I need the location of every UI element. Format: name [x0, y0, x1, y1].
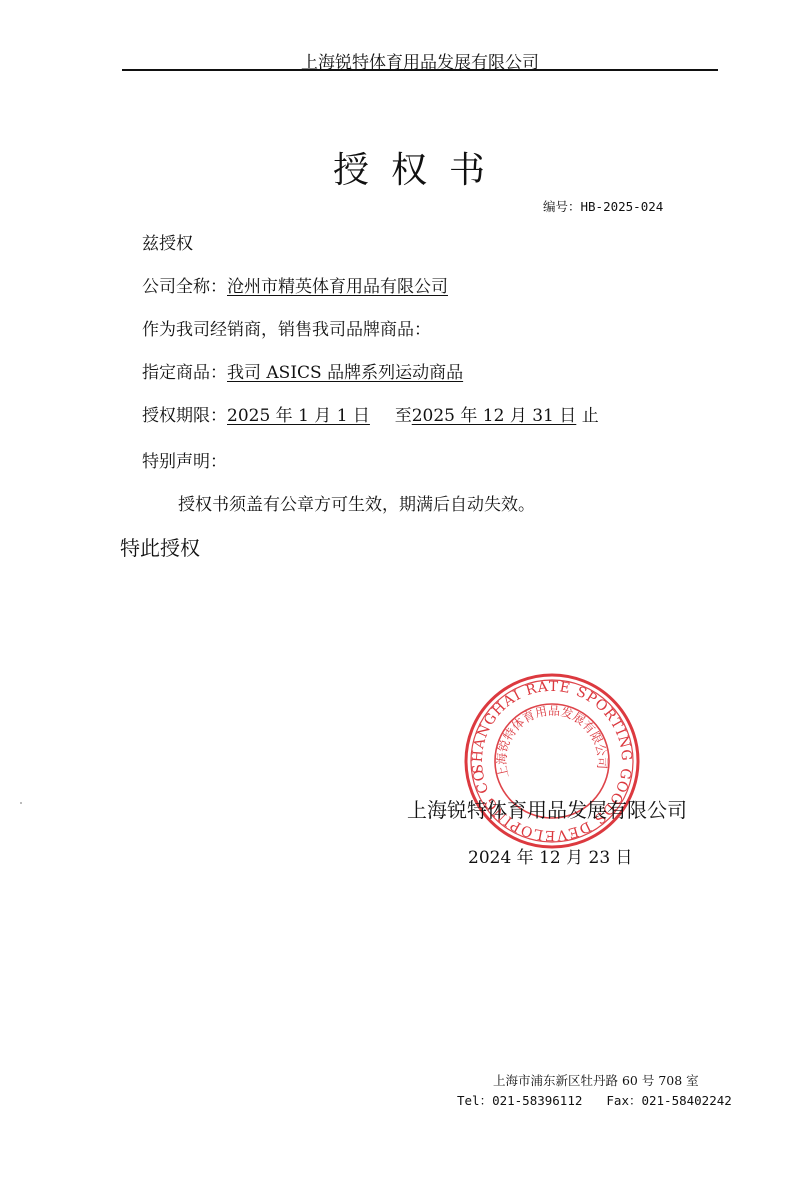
- authorization-period-line: 授权期限：2025 年 1 月 1 日 至2025 年 12 月 31 日 止: [142, 401, 599, 426]
- designated-goods-line: 指定商品：我司 ASICS 品牌系列运动商品: [142, 358, 463, 383]
- period-start-date: 2025 年 1 月 1 日: [227, 406, 370, 426]
- distributor-role-line: 作为我司经销商，销售我司品牌商品：: [142, 315, 431, 340]
- document-number: 编号：HB-2025-024: [543, 197, 663, 215]
- designated-goods-value: 我司 ASICS 品牌系列运动商品: [227, 363, 463, 383]
- special-statement-label: 特别声明：: [142, 447, 227, 472]
- signature-date: 2024 年 12 月 23 日: [468, 843, 633, 868]
- signature-company-name: 上海锐特体育用品发展有限公司: [407, 794, 687, 823]
- goods-label: 指定商品：: [142, 363, 227, 383]
- footer-fax: Fax：021-58402242: [606, 1093, 731, 1108]
- scan-speck: [20, 802, 22, 804]
- company-label: 公司全称：: [142, 277, 227, 297]
- footer-contact: Tel：021-58396112Fax：021-58402242: [457, 1091, 732, 1109]
- special-statement-text: 授权书须盖有公章方可生效，期满后自动失效。: [178, 490, 535, 515]
- footer-address: 上海市浦东新区牡丹路 60 号 708 室: [493, 1071, 699, 1089]
- seal-icon: SHANGHAI RATE SPORTING GOODS DEVELOPING …: [463, 672, 641, 850]
- period-to: 至: [395, 406, 412, 426]
- period-suffix: 止: [582, 406, 599, 426]
- period-end-date: 2025 年 12 月 31 日: [412, 406, 577, 426]
- footer-tel: Tel：021-58396112: [457, 1093, 582, 1108]
- header-divider: [122, 69, 718, 71]
- period-label: 授权期限：: [142, 406, 227, 426]
- company-seal-stamp: SHANGHAI RATE SPORTING GOODS DEVELOPING …: [463, 672, 641, 850]
- company-name-line: 公司全称：沧州市精英体育用品有限公司: [142, 272, 448, 297]
- opening-line: 兹授权: [142, 229, 193, 254]
- document-title: 授权书: [0, 142, 800, 193]
- closing-line: 特此授权: [120, 532, 200, 561]
- authorized-company-name: 沧州市精英体育用品有限公司: [227, 277, 448, 297]
- svg-text:SHANGHAI RATE SPORTING GOODS D: SHANGHAI RATE SPORTING GOODS DEVELOPING …: [463, 672, 641, 850]
